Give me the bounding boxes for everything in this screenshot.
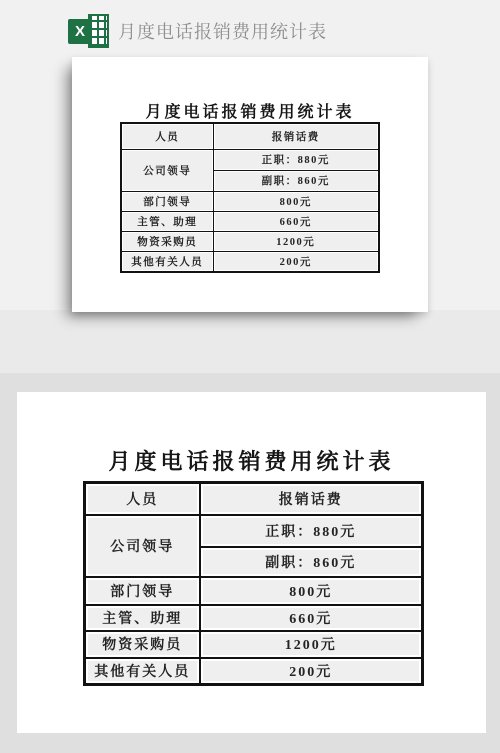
column-header-fee: 报销话费: [213, 123, 379, 149]
table-row: 其他有关人员 200元: [85, 658, 423, 685]
table-row: 部门领导 800元: [121, 191, 379, 211]
document-title-large: 月度电话报销费用统计表: [17, 445, 486, 476]
excel-icon: X: [68, 14, 109, 48]
cell-person: 其他有关人员: [121, 251, 213, 272]
cell-fee: 副职：860元: [200, 547, 423, 577]
table-row: 公司领导 正职：880元: [121, 149, 379, 170]
reimbursement-table-small: 人员 报销话费 公司领导 正职：880元 副职：860元 部门领导 800元 主…: [120, 122, 380, 273]
document-title-small: 月度电话报销费用统计表: [72, 99, 428, 122]
file-header: X 月度电话报销费用统计表: [68, 14, 327, 48]
cell-fee: 660元: [200, 605, 423, 631]
cell-fee: 200元: [213, 251, 379, 272]
table-row: 部门领导 800元: [85, 577, 423, 605]
column-header-person: 人员: [121, 123, 213, 149]
table-row: 其他有关人员 200元: [121, 251, 379, 272]
cell-person: 其他有关人员: [85, 658, 200, 685]
cell-person: 部门领导: [85, 577, 200, 605]
middle-background-band: [0, 310, 500, 373]
cell-person: 物资采购员: [121, 231, 213, 251]
document-preview-page-large: 月度电话报销费用统计表 人员 报销话费 公司领导 正职：880元 副职：860元…: [17, 392, 486, 733]
cell-person: 主管、助理: [85, 605, 200, 631]
excel-x-badge-icon: X: [68, 19, 92, 44]
table-header-row: 人员 报销话费: [85, 483, 423, 515]
table-row: 物资采购员 1200元: [121, 231, 379, 251]
file-title: 月度电话报销费用统计表: [118, 18, 327, 44]
table-header-row: 人员 报销话费: [121, 123, 379, 149]
table-row: 物资采购员 1200元: [85, 631, 423, 658]
table-row: 公司领导 正职：880元: [85, 515, 423, 547]
cell-fee: 正职：880元: [213, 149, 379, 170]
cell-fee: 800元: [200, 577, 423, 605]
cell-fee: 副职：860元: [213, 170, 379, 191]
column-header-person: 人员: [85, 483, 200, 515]
table-row: 主管、助理 660元: [85, 605, 423, 631]
table-row: 主管、助理 660元: [121, 211, 379, 231]
reimbursement-table-large: 人员 报销话费 公司领导 正职：880元 副职：860元 部门领导 800元 主…: [83, 481, 424, 686]
cell-person: 公司领导: [85, 515, 200, 577]
cell-fee: 800元: [213, 191, 379, 211]
cell-fee: 1200元: [200, 631, 423, 658]
document-preview-page-small: 月度电话报销费用统计表 人员 报销话费 公司领导 正职：880元 副职：860元…: [72, 57, 428, 312]
cell-fee: 200元: [200, 658, 423, 685]
column-header-fee: 报销话费: [200, 483, 423, 515]
cell-person: 主管、助理: [121, 211, 213, 231]
cell-fee: 正职：880元: [200, 515, 423, 547]
cell-person: 部门领导: [121, 191, 213, 211]
cell-fee: 660元: [213, 211, 379, 231]
cell-person: 物资采购员: [85, 631, 200, 658]
cell-fee: 1200元: [213, 231, 379, 251]
cell-person: 公司领导: [121, 149, 213, 191]
excel-icon-letter: X: [75, 24, 85, 39]
